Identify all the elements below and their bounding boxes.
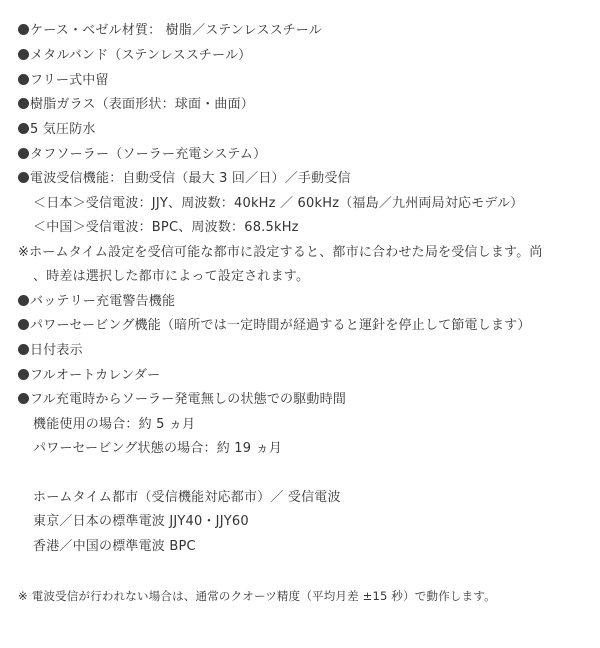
runtime-function-use: 機能使用の場合：約 5 ヵ月: [33, 416, 195, 434]
home-city-hongkong: 香港／中国の標準電波 BPC: [33, 538, 196, 556]
spec-item-power-saving: パワーセービング機能（暗所では一定時間が経過すると運針を停止して節電します）: [18, 317, 531, 335]
bullet-icon: [18, 98, 29, 109]
bullet-icon: [18, 123, 29, 134]
bullet-icon: [18, 74, 29, 85]
radio-detail-japan: ＜日本＞受信電波：JJY、周波数：40kHz ／ 60kHz（福島／九州両局対応…: [33, 195, 523, 213]
home-city-tokyo: 東京／日本の標準電波 JJY40・JJY60: [33, 513, 249, 531]
spec-item-band: メタルバンド（ステンレススチール）: [18, 47, 251, 65]
bullet-icon: [18, 344, 29, 355]
bullet-icon: [18, 49, 29, 60]
spec-item-date-display: 日付表示: [18, 342, 83, 360]
spec-item-case-material: ケース・ベゼル材質： 樹脂／ステンレススチール: [18, 22, 322, 40]
spec-item-radio-reception: 電波受信機能：自動受信（最大 3 回／日）／手動受信: [18, 170, 351, 188]
quartz-accuracy-footnote: ※ 電波受信が行われない場合は、通常のクオーツ精度（平均月差 ±15 秒）で動作…: [18, 587, 496, 605]
spec-item-water-resistance: 5 気圧防水: [18, 121, 96, 139]
spec-item-runtime: フル充電時からソーラー発電無しの状態での駆動時間: [18, 391, 346, 409]
spec-item-full-auto-calendar: フルオートカレンダー: [18, 367, 160, 385]
spec-item-tough-solar: タフソーラー（ソーラー充電システム）: [18, 146, 266, 164]
bullet-icon: [18, 369, 29, 380]
spec-item-battery-warning: バッテリー充電警告機能: [18, 293, 175, 311]
radio-detail-china: ＜中国＞受信電波：BPC、周波数：68.5kHz: [33, 219, 299, 237]
bullet-icon: [18, 172, 29, 183]
home-time-note-line1: ※ホームタイム設定を受信可能な都市に設定すると、都市に合わせた局を受信します。尚: [18, 244, 543, 262]
spec-item-clasp: フリー式中留: [18, 72, 109, 90]
home-cities-header: ホームタイム都市（受信機能対応都市）／ 受信電波: [33, 489, 341, 507]
bullet-icon: [18, 393, 29, 404]
home-time-note-line2: 、時差は選択した都市によって設定されます。: [33, 268, 309, 286]
bullet-icon: [18, 295, 29, 306]
bullet-icon: [18, 24, 29, 35]
runtime-power-saving: パワーセービング状態の場合：約 19 ヵ月: [33, 440, 282, 458]
bullet-icon: [18, 148, 29, 159]
spec-item-glass: 樹脂ガラス（表面形状：球面・曲面）: [18, 96, 254, 114]
bullet-icon: [18, 319, 29, 330]
